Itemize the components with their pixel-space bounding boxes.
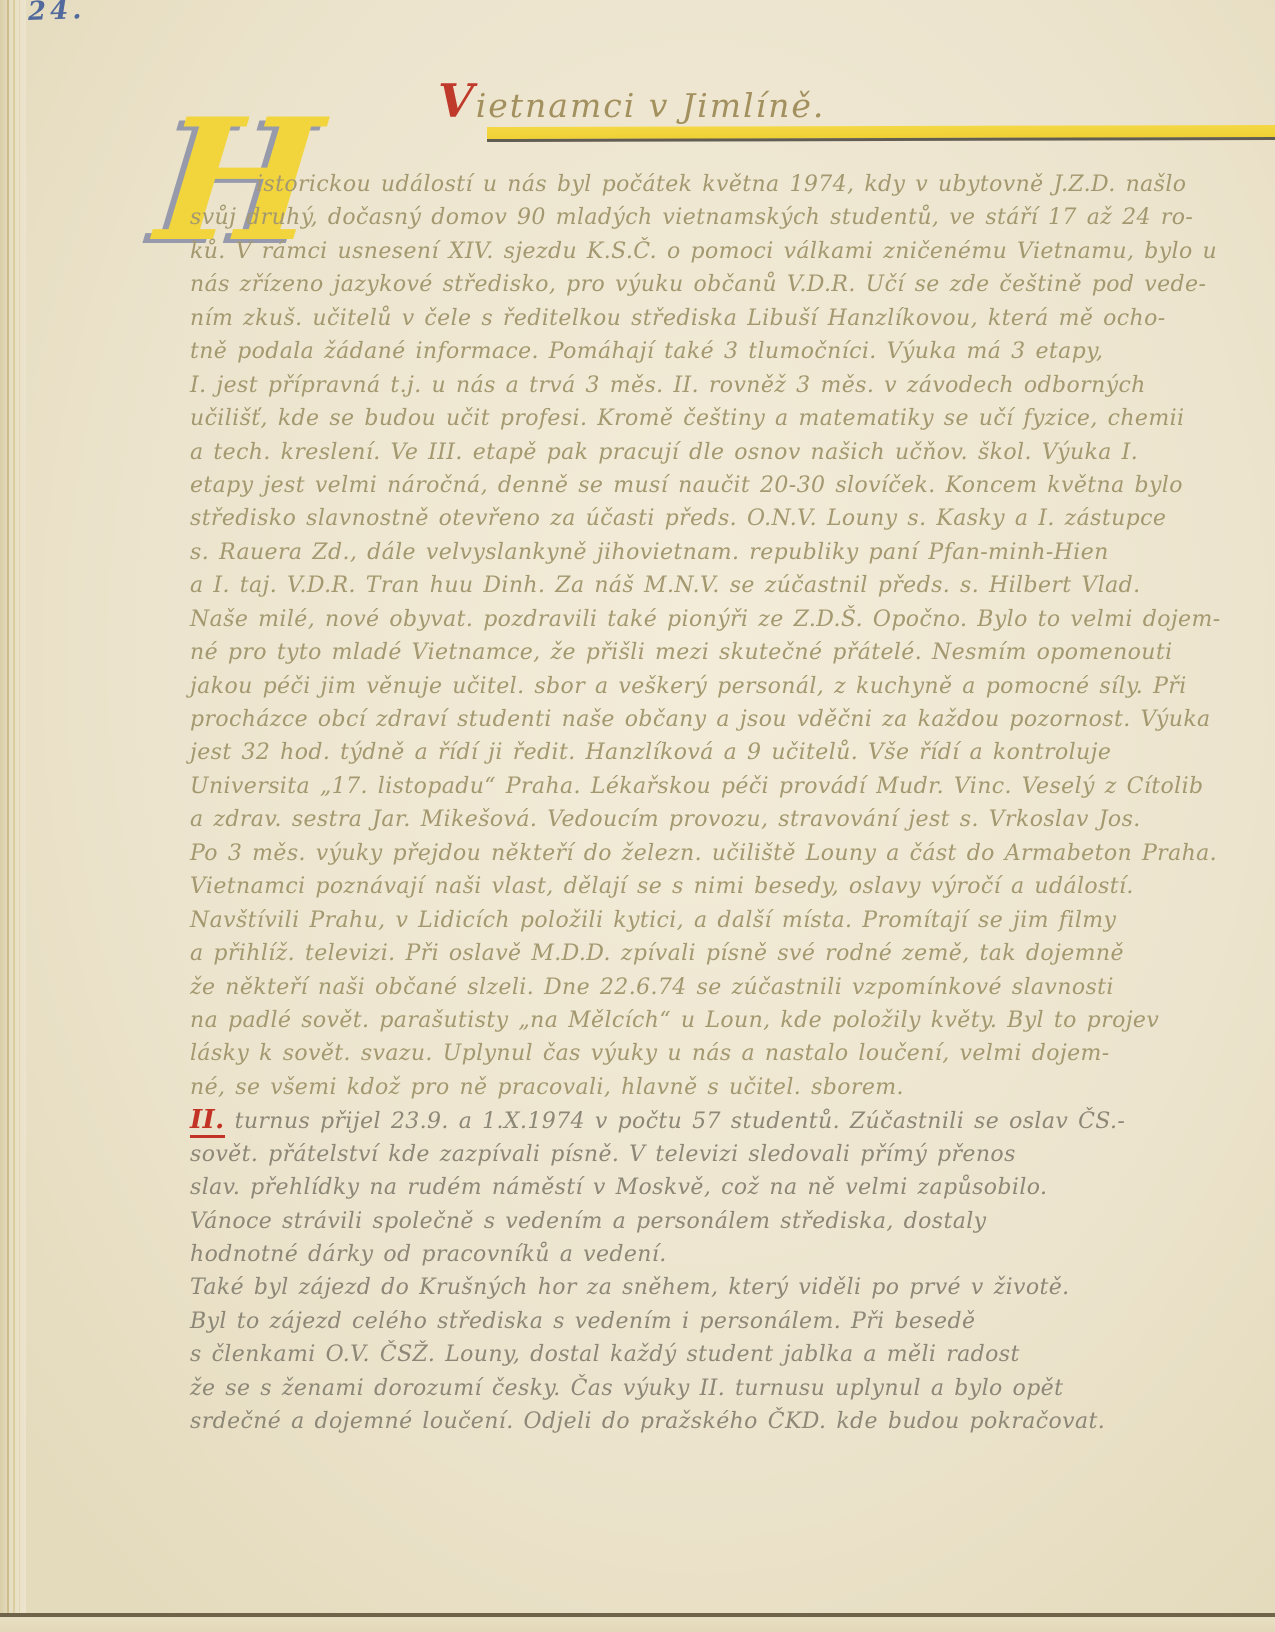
text-line: ním zkuš. učitelů v čele s ředitelkou st…: [190, 302, 1202, 335]
text-line: jest 32 hod. týdně a řídí ji ředit. Hanz…: [190, 736, 1202, 769]
text-line: etapy jest velmi náročná, denně se musí …: [190, 469, 1202, 502]
turnus-marker: II.: [190, 1105, 225, 1138]
text-line: s. Rauera Zd., dále velvyslankyně jihovi…: [190, 536, 1202, 569]
paragraph-1: istorickou událostí u nás byl počátek kv…: [190, 168, 1202, 1104]
text-line: hodnotné dárky od pracovníků a vedení.: [190, 1238, 1202, 1271]
text-line: že se s ženami dorozumí česky. Čas výuky…: [190, 1372, 1202, 1405]
paragraph-2: II.turnus přijel 23.9. a 1.X.1974 v počt…: [190, 1104, 1202, 1438]
title-underline-highlight: [487, 125, 1275, 142]
underlying-page-edge: [0, 1617, 1275, 1632]
paragraph-2-lines: sovět. přátelství kde zazpívali písně. V…: [190, 1138, 1202, 1439]
text-line: Navštívili Prahu, v Lidicích položili ky…: [190, 904, 1202, 937]
text-line: a zdrav. sestra Jar. Mikešová. Vedoucím …: [190, 803, 1202, 836]
chronicle-page: 24. Vietnamci v Jimlíně. H istorickou ud…: [0, 0, 1275, 1632]
text-line: slav. přehlídky na rudém náměstí v Moskv…: [190, 1171, 1202, 1204]
text-line: učilišť, kde se budou učit profesi. Krom…: [190, 402, 1202, 435]
text-line-with-marker: II.turnus přijel 23.9. a 1.X.1974 v počt…: [190, 1104, 1202, 1137]
page-edge-line: [19, 0, 20, 1632]
text-line: a tech. kreslení. Ve III. etapě pak prac…: [190, 436, 1202, 469]
text-line: istorickou událostí u nás byl počátek kv…: [190, 168, 1202, 201]
text-line: Naše milé, nové obyvat. pozdravili také …: [190, 603, 1202, 636]
text-line: Také byl zájezd do Krušných hor za sněhe…: [190, 1271, 1202, 1304]
text-line: srdečné a dojemné loučení. Odjeli do pra…: [190, 1405, 1202, 1438]
text-line: né pro tyto mladé Vietnamce, že přišli m…: [190, 636, 1202, 669]
text-line: s členkami O.V. ČSŽ. Louny, dostal každý…: [190, 1338, 1202, 1371]
text-line: lásky k sovět. svazu. Uplynul čas výuky …: [190, 1037, 1202, 1070]
text-line: Vietnamci poznávají naši vlast, dělají s…: [190, 870, 1202, 903]
text-line: Universita „17. listopadu“ Praha. Lékařs…: [190, 770, 1202, 803]
text-line: Byl to zájezd celého střediska s vedením…: [190, 1305, 1202, 1338]
page-title: Vietnamci v Jimlíně.: [438, 74, 825, 128]
text-line: turnus přijel 23.9. a 1.X.1974 v počtu 5…: [235, 1109, 1126, 1134]
body-text: istorickou událostí u nás byl počátek kv…: [190, 168, 1202, 1439]
text-line: sovět. přátelství kde zazpívali písně. V…: [190, 1138, 1202, 1171]
page-number: 24.: [27, 0, 85, 27]
text-line: Po 3 měs. výuky přejdou někteří do želez…: [190, 837, 1202, 870]
text-line: né, se všemi kdož pro ně pracovali, hlav…: [190, 1071, 1202, 1104]
text-line: Vánoce strávili společně s vedením a per…: [190, 1205, 1202, 1238]
page-edge-line: [13, 0, 15, 1632]
page-edge-line: [7, 0, 9, 1632]
title-text: ietnamci v Jimlíně.: [476, 86, 826, 125]
text-line: svůj druhý, dočasný domov 90 mladých vie…: [190, 201, 1202, 234]
text-line: ků. V rámci usnesení XIV. sjezdu K.S.Č. …: [190, 235, 1202, 268]
title-initial-letter: V: [438, 74, 476, 128]
text-line: že někteří naši občané slzeli. Dne 22.6.…: [190, 971, 1202, 1004]
text-line: na padlé sovět. parašutisty „na Mělcích“…: [190, 1004, 1202, 1037]
text-line: a přihlíž. televizi. Při oslavě M.D.D. z…: [190, 937, 1202, 970]
text-line: středisko slavnostně otevřeno za účasti …: [190, 502, 1202, 535]
text-line: procházce obcí zdraví studenti naše obča…: [190, 703, 1202, 736]
text-line: jakou péči jim věnuje učitel. sbor a veš…: [190, 670, 1202, 703]
text-line: I. jest přípravná t.j. u nás a trvá 3 mě…: [190, 369, 1202, 402]
paragraph-1-lines: svůj druhý, dočasný domov 90 mladých vie…: [190, 201, 1202, 1104]
text-line: tně podala žádané informace. Pomáhají ta…: [190, 335, 1202, 368]
text-line: a I. taj. V.D.R. Tran huu Dinh. Za náš M…: [190, 569, 1202, 602]
text-line: nás zřízeno jazykové středisko, pro výuk…: [190, 268, 1202, 301]
